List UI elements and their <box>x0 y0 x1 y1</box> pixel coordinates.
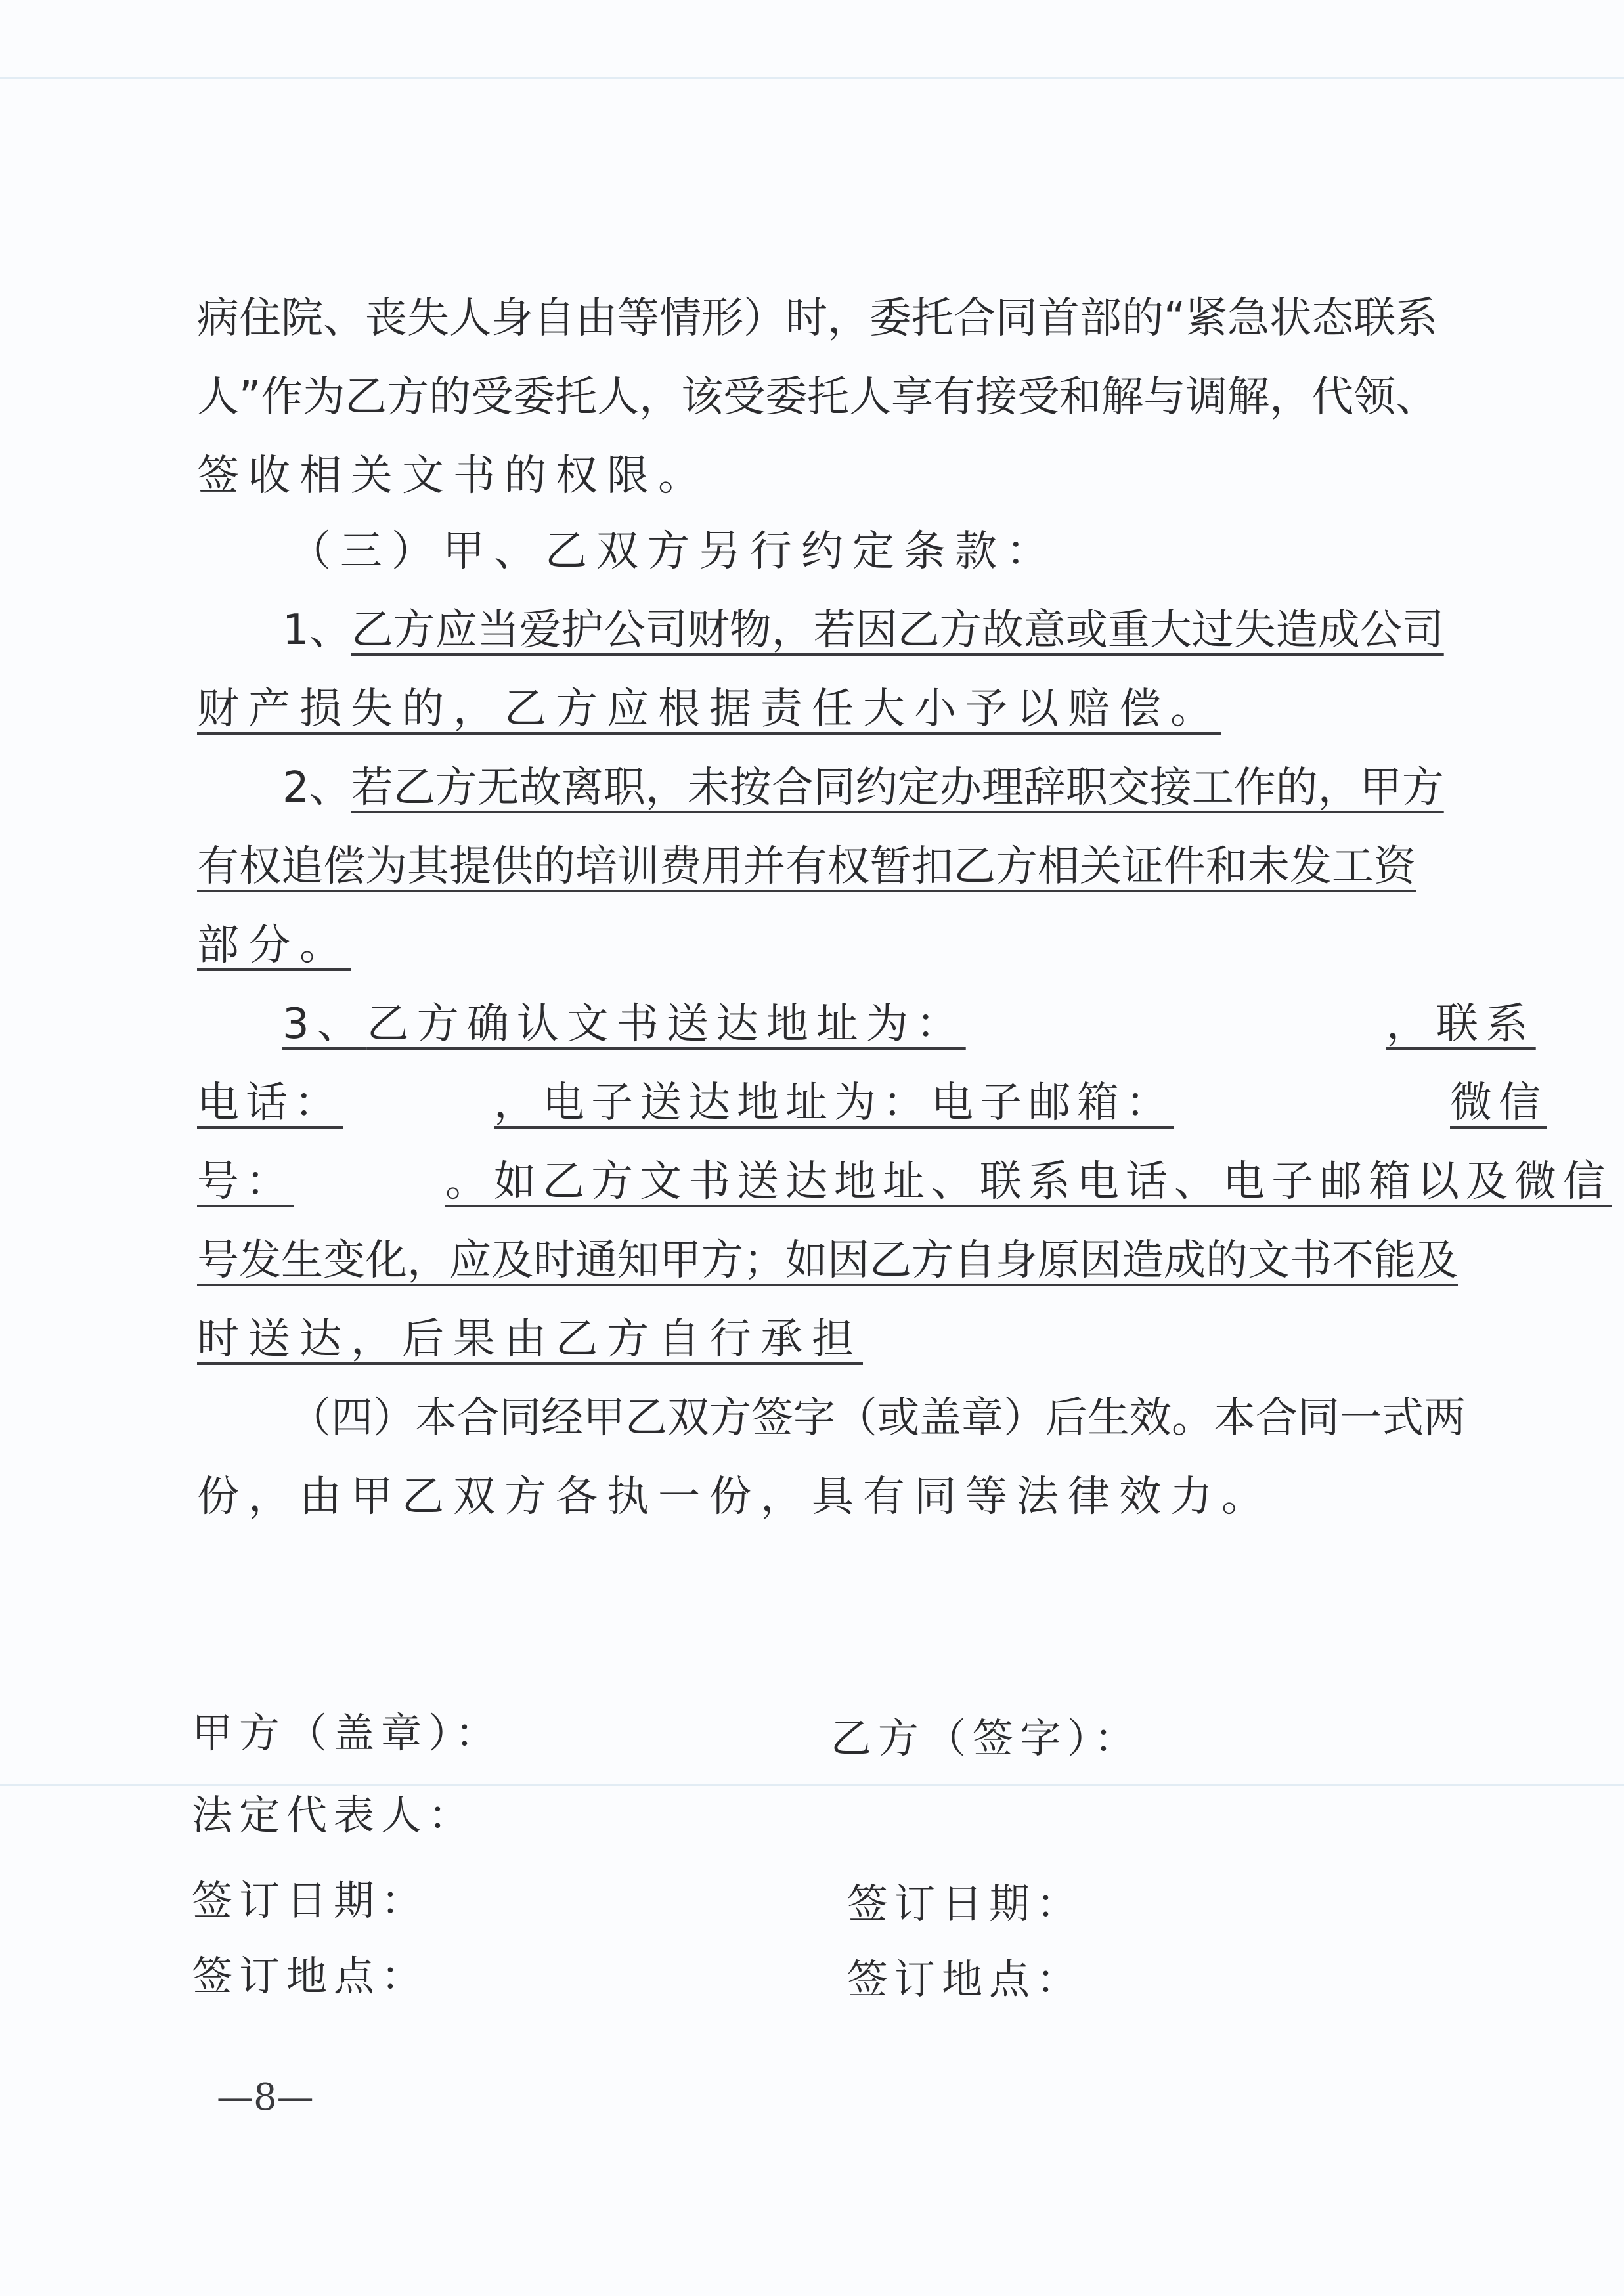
clause-3-line-3: 号： 。如乙方文书送达地址、联系电话、电子邮箱以及微信 <box>197 1156 1392 1208</box>
email-blank[interactable] <box>1174 1077 1450 1129</box>
legal-representative-label: 法定代表人： <box>192 1789 475 1842</box>
clause-text: 乙方应当爱护公司财物，若因乙方故意或重大过失造成公司 <box>351 606 1444 655</box>
document-page: 病住院、丧失人身自由等情形）时，委托合同首部的“紧急状态联系 人”作为乙方的受委… <box>0 0 1624 2296</box>
party-b-date-label: 签订日期： <box>847 1878 1084 1930</box>
clause-2-line-2: 有权追偿为其提供的培训费用并有权暂扣乙方相关证件和未发工资 <box>197 840 1392 893</box>
clause-1-line-2: 财产损失的，乙方应根据责任大小予以赔偿。 <box>197 683 1392 735</box>
clause-text: 部分。 <box>197 921 351 970</box>
clause-3-line-5: 时送达，后果由乙方自行承担 <box>197 1313 1392 1366</box>
address-blank[interactable] <box>966 998 1386 1051</box>
scan-artifact-line <box>0 1784 1624 1786</box>
page-number: —8— <box>217 2075 314 2121</box>
party-b-place-label: 签订地点： <box>847 1953 1084 2006</box>
section-heading: （三）甲、乙双方另行约定条款： <box>289 525 1484 578</box>
clause-text: ，联系 <box>1386 1000 1536 1049</box>
section-4-line-2: 份，由甲乙双方各执一份，具有同等法律效力。 <box>197 1471 1392 1523</box>
clause-3-line-4: 号发生变化，应及时通知甲方；如因乙方自身原因造成的文书不能及 <box>197 1234 1392 1287</box>
clause-text: ，电子送达地址为：电子邮箱： <box>494 1079 1174 1127</box>
clause-text: 电话： <box>197 1079 343 1127</box>
clause-number: 2、 <box>282 764 351 812</box>
scan-artifact-line <box>0 77 1624 79</box>
clause-text: 若乙方无故离职，未按合同约定办理辞职交接工作的，甲方 <box>351 764 1444 812</box>
paragraph-line: 人”作为乙方的受委托人，该受委托人享有接受和解与调解，代领、 <box>197 371 1392 423</box>
paragraph-line: 签收相关文书的权限。 <box>197 450 1392 502</box>
clause-text: 微信 <box>1450 1079 1547 1127</box>
clause-3-line-1: 3、乙方确认文书送达地址为： ，联系 <box>282 998 1392 1051</box>
clause-2-line-1: 2、若乙方无故离职，未按合同约定办理辞职交接工作的，甲方 <box>282 762 1392 814</box>
party-b-sign-label: 乙方（签字）： <box>831 1712 1141 1765</box>
party-a-seal-label: 甲方（盖章）： <box>192 1707 502 1760</box>
clause-number: 3、 <box>282 1000 367 1049</box>
clause-1-line-1: 1、乙方应当爱护公司财物，若因乙方故意或重大过失造成公司 <box>282 604 1392 657</box>
clause-number: 1、 <box>282 606 351 655</box>
section-4-line-1: （四）本合同经甲乙双方签字（或盖章）后生效。本合同一式两 <box>289 1392 1392 1444</box>
phone-blank[interactable] <box>343 1077 494 1129</box>
party-a-place-label: 签订地点： <box>192 1950 428 2003</box>
wechat-blank[interactable] <box>294 1156 445 1208</box>
party-a-date-label: 签订日期： <box>192 1874 428 1927</box>
clause-3-line-2: 电话： ，电子送达地址为：电子邮箱： 微信 <box>197 1077 1392 1129</box>
paragraph-line: 病住院、丧失人身自由等情形）时，委托合同首部的“紧急状态联系 <box>197 292 1392 345</box>
clause-text: 。如乙方文书送达地址、联系电话、电子邮箱以及微信 <box>445 1158 1612 1206</box>
clause-2-line-3: 部分。 <box>197 919 1392 972</box>
clause-text: 号： <box>197 1158 294 1206</box>
clause-text: 乙方确认文书送达地址为： <box>367 1000 966 1049</box>
clause-text: 财产损失的，乙方应根据责任大小予以赔偿。 <box>197 685 1221 733</box>
clause-text: 时送达，后果由乙方自行承担 <box>197 1315 863 1364</box>
